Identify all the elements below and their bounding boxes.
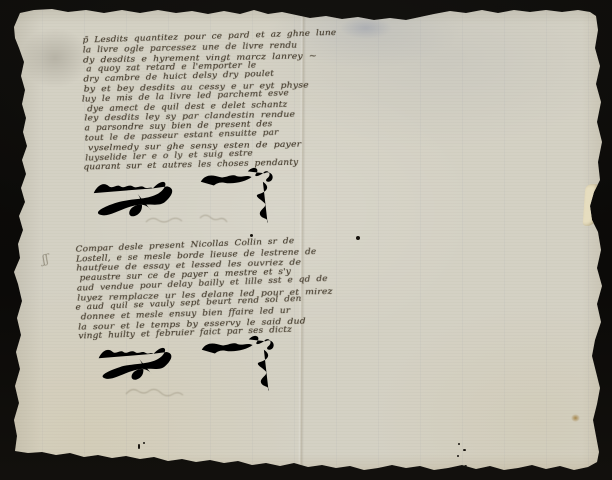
signature-right-paragraph2 [198,330,278,394]
stain [571,414,580,422]
ink-dot [250,234,253,237]
ink-speck [458,443,460,445]
archive-scan: p̃ Lesdits quantitez pour ce pard et az … [0,0,612,480]
ink-dot [356,236,360,240]
torn-edge-tab [583,184,599,227]
ink-speck [143,442,145,444]
handwritten-paragraph-1: p̃ Lesdits quantitez pour ce pard et az … [82,31,303,173]
ink-offset-smudge [122,382,192,402]
ink-speck [463,449,466,451]
signature-left-paragraph2 [92,337,192,383]
stain [340,17,392,39]
manuscript-page: p̃ Lesdits quantitez pour ce pard et az … [0,0,612,480]
marginal-mark: ʃʃ [41,251,50,266]
ink-speck [464,465,467,468]
ink-speck [457,455,459,457]
ink-offset-smudge [142,210,232,232]
handwritten-paragraph-2: Compar desle present Nicollas Collin sr … [76,237,305,341]
ink-speck [138,444,140,449]
corner-shadow [20,28,90,88]
